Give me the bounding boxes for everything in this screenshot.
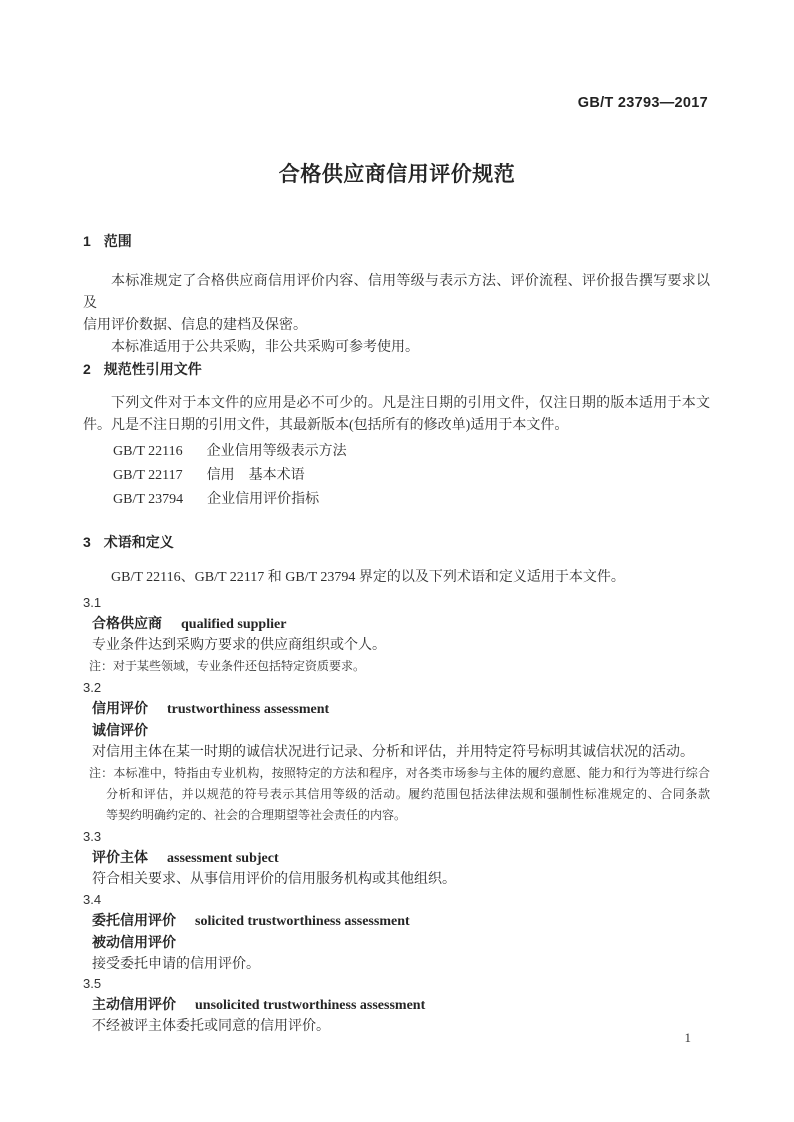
term-block-3-1: 3.1 合格供应商qualified supplier 专业条件达到采购方要求的… [83,592,710,677]
term-en: unsolicited trustworthiness assessment [195,998,425,1013]
section-1-heading: 1范围 [83,231,710,251]
section-1-number: 1 [83,233,91,249]
section-3-heading: 3术语和定义 [83,532,710,552]
term-note: 注：对于某些领域，专业条件还包括特定资质要求。 [83,656,710,677]
paragraph-line: 件。凡是不注日期的引用文件，其最新版本(包括所有的修改单)适用于本文件。 [83,415,710,437]
reference-code: GB/T 22116 [113,444,183,459]
term-alt: 诚信评价 [92,722,148,738]
term-en: trustworthiness assessment [167,702,329,717]
term-line: 信用评价trustworthiness assessment [83,698,710,720]
term-definition: 不经被评主体委托或同意的信用评价。 [83,1016,710,1037]
document-page: GB/T 23793—2017 合格供应商信用评价规范 1范围 本标准规定了合格… [0,0,794,1122]
term-zh: 信用评价 [92,700,148,716]
term-line: 主动信用评价unsolicited trustworthiness assess… [83,994,710,1016]
term-line: 委托信用评价solicited trustworthiness assessme… [83,910,710,932]
section-3-intro: GB/T 22116、GB/T 22117 和 GB/T 23794 界定的以及… [83,567,710,589]
section-3-number: 3 [83,534,91,550]
reference-title: 企业信用等级表示方法 [207,444,347,459]
term-id: 3.5 [83,973,710,994]
term-note-line: 分析和评估，并以规范的符号表示其信用等级的活动。履约范围包括法律法规和强制性标准… [83,784,710,805]
reference-code: GB/T 22117 [113,468,183,483]
term-definition: 专业条件达到采购方要求的供应商组织或个人。 [83,635,710,656]
term-zh: 合格供应商 [92,615,162,631]
page-number: 1 [685,1030,692,1046]
term-zh: 评价主体 [92,849,148,865]
term-line: 合格供应商qualified supplier [83,613,710,635]
term-en: solicited trustworthiness assessment [195,914,410,929]
reference-title: 企业信用评价指标 [207,492,319,507]
reference-code: GB/T 23794 [113,492,183,507]
term-alt: 被动信用评价 [92,934,176,950]
term-note-line: 等契约明确约定的、社会的合理期望等社会责任的内容。 [83,805,710,826]
term-alt-line: 被动信用评价 [83,932,710,954]
paragraph-line: 本标准规定了合格供应商信用评价内容、信用等级与表示方法、评价流程、评价报告撰写要… [83,271,710,315]
reference-item: GB/T 22117信用 基本术语 [83,464,710,488]
paragraph-line: 本标准适用于公共采购，非公共采购可参考使用。 [83,337,710,359]
paragraph-line: 下列文件对于本文件的应用是必不可少的。凡是注日期的引用文件，仅注日期的版本适用于… [83,393,710,415]
term-definition: 对信用主体在某一时期的诚信状况进行记录、分析和评估，并用特定符号标明其诚信状况的… [83,742,710,763]
term-block-3-2: 3.2 信用评价trustworthiness assessment 诚信评价 … [83,677,710,826]
section-3-title: 术语和定义 [104,534,174,550]
term-block-3-4: 3.4 委托信用评价solicited trustworthiness asse… [83,889,710,975]
term-line: 评价主体assessment subject [83,847,710,869]
section-2-title: 规范性引用文件 [104,361,202,377]
term-block-3-5: 3.5 主动信用评价unsolicited trustworthiness as… [83,973,710,1037]
section-2-heading: 2规范性引用文件 [83,359,710,379]
section-1-body: 本标准规定了合格供应商信用评价内容、信用等级与表示方法、评价流程、评价报告撰写要… [83,271,710,359]
section-2-number: 2 [83,361,91,377]
section-1-title: 范围 [104,233,132,249]
term-id: 3.1 [83,592,710,613]
term-id: 3.4 [83,889,710,910]
reference-title: 信用 基本术语 [207,468,305,483]
term-definition: 符合相关要求、从事信用评价的信用服务机构或其他组织。 [83,869,710,890]
term-zh: 主动信用评价 [92,996,176,1012]
paragraph-line: GB/T 22116、GB/T 22117 和 GB/T 23794 界定的以及… [83,567,710,589]
term-zh: 委托信用评价 [92,912,176,928]
term-note-line: 注：本标准中，特指由专业机构，按照特定的方法和程序，对各类市场参与主体的履约意愿… [83,763,710,784]
term-definition: 接受委托申请的信用评价。 [83,954,710,975]
term-block-3-3: 3.3 评价主体assessment subject 符合相关要求、从事信用评价… [83,826,710,890]
normative-references-list: GB/T 22116企业信用等级表示方法 GB/T 22117信用 基本术语 G… [83,440,710,512]
term-id: 3.3 [83,826,710,847]
section-2-body: 下列文件对于本文件的应用是必不可少的。凡是注日期的引用文件，仅注日期的版本适用于… [83,393,710,437]
reference-item: GB/T 23794企业信用评价指标 [83,488,710,512]
term-alt-line: 诚信评价 [83,720,710,742]
term-id: 3.2 [83,677,710,698]
term-en: qualified supplier [181,617,286,632]
paragraph-line: 信用评价数据、信息的建档及保密。 [83,315,710,337]
standard-code: GB/T 23793—2017 [578,95,708,111]
document-title: 合格供应商信用评价规范 [0,158,794,188]
reference-item: GB/T 22116企业信用等级表示方法 [83,440,710,464]
term-en: assessment subject [167,851,279,866]
